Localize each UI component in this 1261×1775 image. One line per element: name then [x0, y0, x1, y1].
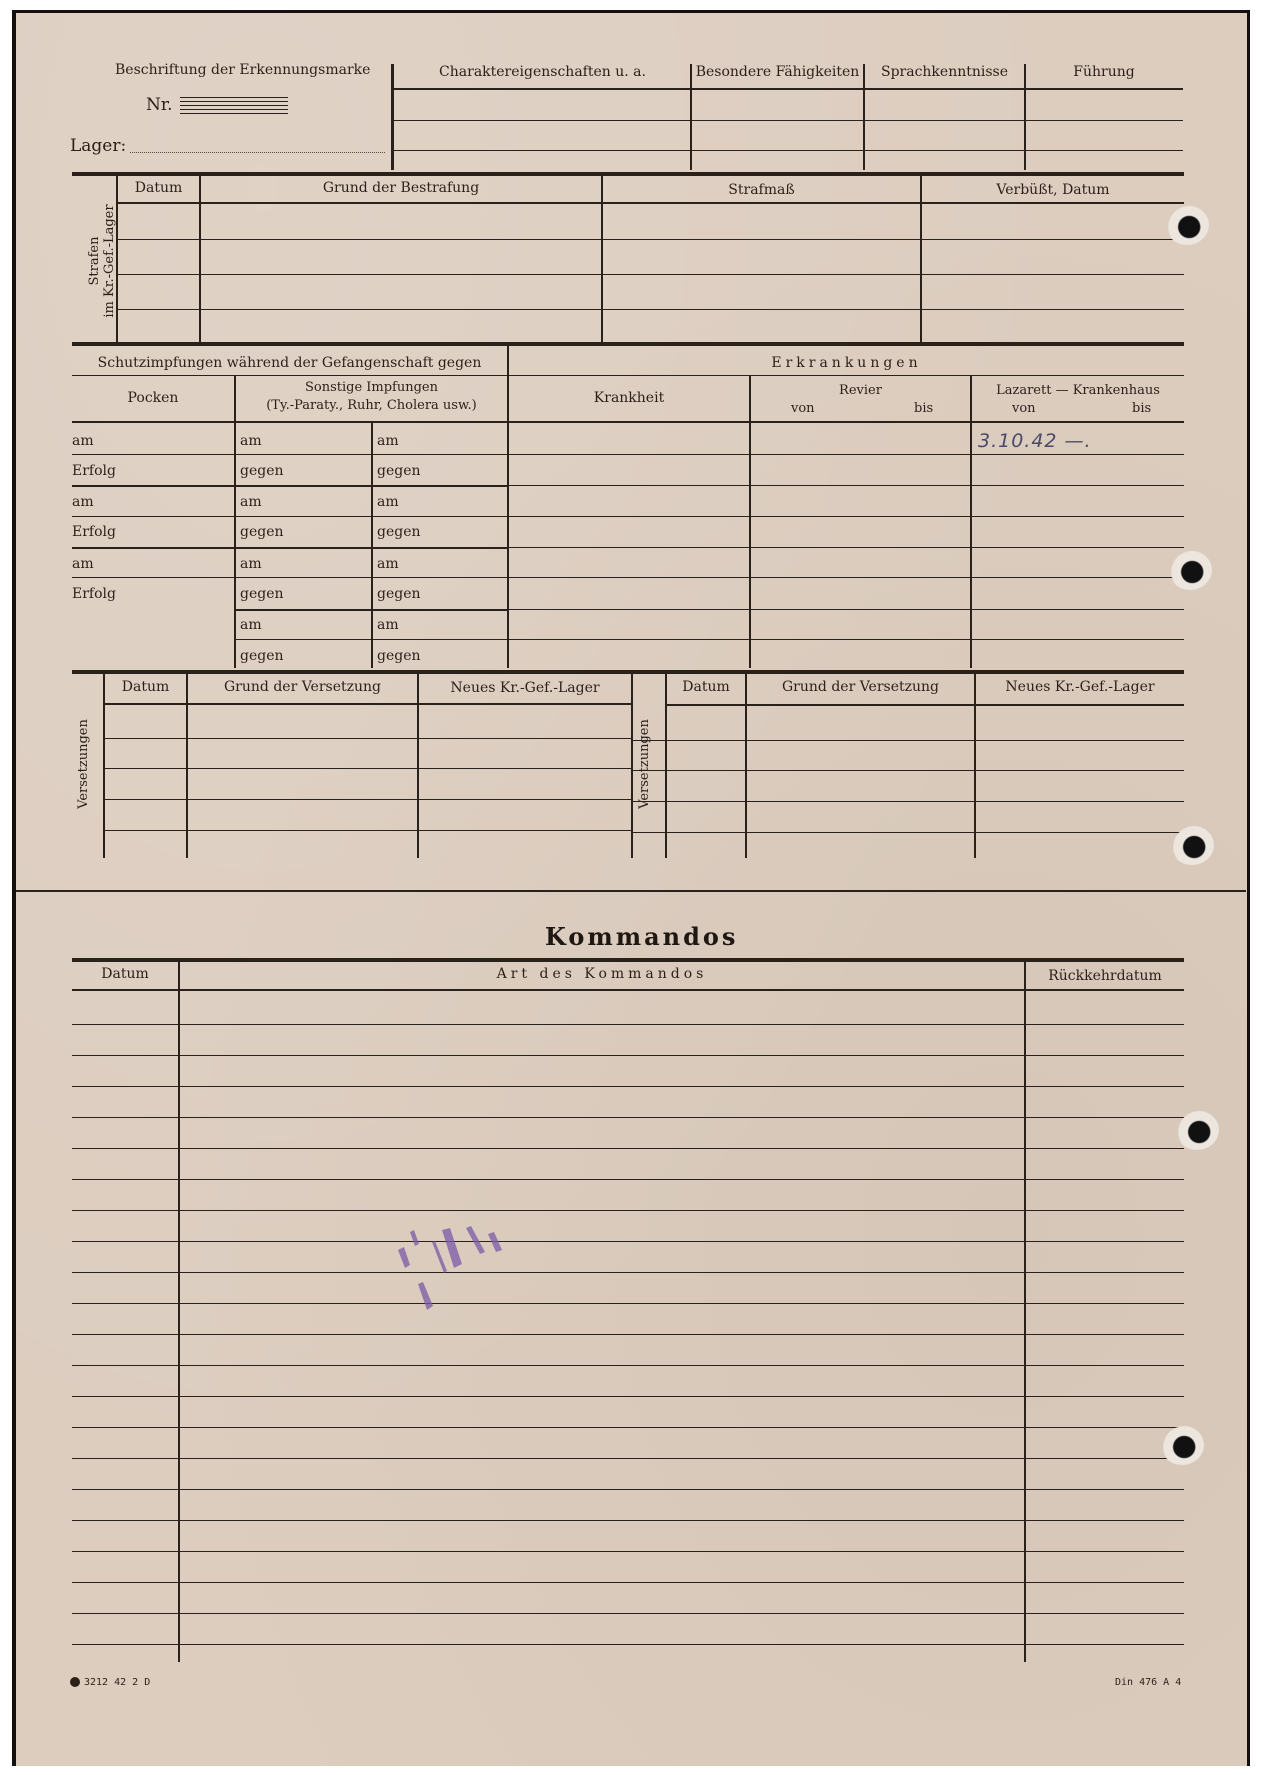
din-label: Din 476 A 4: [1115, 1677, 1181, 1688]
lazarett-von: von: [1012, 401, 1036, 416]
strafen-header-strafmass: Strafmaß: [603, 182, 920, 198]
col-besondere-faehigkeiten: Besondere Fähigkeiten: [692, 64, 863, 80]
impfungen-pocken-header: Pocken: [72, 390, 234, 406]
punch-hole: [1175, 1110, 1219, 1150]
versetzungen-left-header-grund: Grund der Versetzung: [188, 679, 417, 695]
pocken-erfolg-2: Erfolg: [72, 524, 116, 540]
sonstige-b-am-1: am: [377, 433, 399, 449]
impfungen-heading: Schutzimpfungen während der Gefangenscha…: [72, 355, 507, 371]
sonstige-a-am-3: am: [240, 556, 262, 572]
kommando-row-line: [72, 1024, 1184, 1025]
pocken-am-3: am: [72, 556, 94, 572]
lager-label: Lager:: [70, 136, 126, 156]
kommando-row-line: [72, 1427, 1184, 1428]
revier-bis: bis: [914, 401, 933, 416]
versetzungen-side-label-left: Versetzungen: [76, 709, 94, 819]
sonstige-b-gegen-3: gegen: [377, 586, 421, 602]
kommando-row-line: [72, 1055, 1184, 1056]
strafen-header-grund: Grund der Bestrafung: [201, 180, 601, 196]
kommando-row-line: [72, 1086, 1184, 1087]
sonstige-b-am-4: am: [377, 617, 399, 633]
nr-label: Nr.: [146, 95, 173, 115]
kommandos-header-art: Art des Kommandos: [180, 966, 1024, 982]
kommando-row-line: [72, 1303, 1184, 1304]
identity-heading: Beschriftung der Erkennungsmarke: [115, 62, 370, 78]
kommando-row-line: [72, 1551, 1184, 1552]
sonstige-a-am-4: am: [240, 617, 262, 633]
kommando-row-line: [72, 1613, 1184, 1614]
kommando-row-line: [72, 1489, 1184, 1490]
sonstige-b-gegen-4: gegen: [377, 648, 421, 664]
pocken-erfolg-1: Erfolg: [72, 463, 116, 479]
kommando-row-line: [72, 1582, 1184, 1583]
versetzungen-right-header-grund: Grund der Versetzung: [747, 679, 974, 695]
kommando-row-line: [72, 1148, 1184, 1149]
revier-von: von: [791, 401, 815, 416]
kommando-row-line: [72, 1241, 1184, 1242]
sonstige-b-am-3: am: [377, 556, 399, 572]
purple-stamp-mark: [380, 1220, 540, 1330]
kommando-row-line: [72, 1396, 1184, 1397]
lager-field[interactable]: [130, 152, 385, 153]
sonstige-a-am-1: am: [240, 433, 262, 449]
strafen-side-label: Strafen im Kr.-Gef.-Lager: [87, 186, 119, 336]
versetzungen-side-label-right: Versetzungen: [637, 709, 655, 819]
kommando-row-line: [72, 1334, 1184, 1335]
punch-hole: [1165, 205, 1209, 245]
col-sprachkenntnisse: Sprachkenntnisse: [865, 64, 1024, 80]
kommando-row-line: [72, 1365, 1184, 1366]
impfungen-sonstige-subheader: (Ty.-Paraty., Ruhr, Cholera usw.): [236, 398, 507, 413]
nr-line: [180, 97, 288, 98]
col-charaktereigenschaften: Charaktereigenschaften u. a.: [395, 64, 690, 80]
versetzungen-left-header-datum: Datum: [105, 679, 186, 695]
kommando-row-line: [72, 1272, 1184, 1273]
versetzungen-right-header-lager: Neues Kr.-Gef.-Lager: [976, 679, 1184, 695]
impfungen-sonstige-header: Sonstige Impfungen: [236, 380, 507, 395]
sonstige-b-gegen-1: gegen: [377, 463, 421, 479]
kommandos-header-datum: Datum: [72, 966, 178, 982]
versetzungen-right-header-datum: Datum: [667, 679, 745, 695]
kommando-row-line: [72, 1644, 1184, 1645]
pocken-am-2: am: [72, 494, 94, 510]
erkrankungen-lazarett-header: Lazarett — Krankenhaus: [972, 383, 1184, 398]
sonstige-a-am-2: am: [240, 494, 262, 510]
kommando-row-line: [72, 1458, 1184, 1459]
punch-hole: [1160, 1425, 1204, 1465]
erkrankungen-krankheit-header: Krankheit: [509, 390, 749, 406]
strafen-header-datum: Datum: [118, 180, 199, 196]
kommandos-header-rueckkehr: Rückkehrdatum: [1026, 968, 1184, 984]
kommando-row-line: [72, 1179, 1184, 1180]
sonstige-a-gegen-3: gegen: [240, 586, 284, 602]
sonstige-a-gegen-2: gegen: [240, 524, 284, 540]
pocken-erfolg-3: Erfolg: [72, 586, 116, 602]
erkrankungen-revier-header: Revier: [751, 383, 970, 398]
pocken-am-1: am: [72, 433, 94, 449]
erkrankungen-heading: Erkrankungen: [509, 355, 1184, 371]
punch-hole: [1168, 550, 1212, 590]
kommando-row-line: [72, 1520, 1184, 1521]
kommandos-title: Kommandos: [545, 922, 738, 951]
printer-mark-icon: [70, 1677, 80, 1687]
sonstige-a-gegen-1: gegen: [240, 463, 284, 479]
punch-hole: [1170, 825, 1214, 865]
sonstige-b-gegen-2: gegen: [377, 524, 421, 540]
kommando-row-line: [72, 1210, 1184, 1211]
sonstige-a-gegen-4: gegen: [240, 648, 284, 664]
kommando-row-line: [72, 1117, 1184, 1118]
sonstige-b-am-2: am: [377, 494, 399, 510]
col-fuehrung: Führung: [1026, 64, 1182, 80]
lazarett-von-handwritten: 3.10.42 —.: [978, 430, 1092, 452]
lazarett-bis: bis: [1132, 401, 1151, 416]
print-code: 3212 42 2 D: [70, 1677, 150, 1688]
versetzungen-left-header-lager: Neues Kr.-Gef.-Lager: [419, 680, 631, 696]
fold-line: [16, 890, 1246, 892]
strafen-header-verbuesst: Verbüßt, Datum: [922, 182, 1184, 198]
